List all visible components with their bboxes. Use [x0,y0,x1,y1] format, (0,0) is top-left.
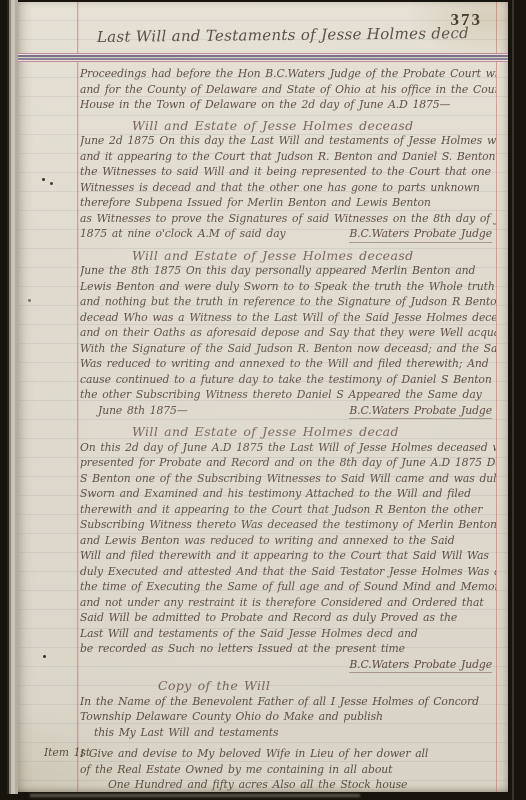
handwritten-line: this My Last Will and testaments [94,725,496,741]
right-margin-rule [496,2,497,792]
handwritten-line: the other Subscribing Witness thereto Da… [80,387,496,403]
paragraph-lines: On this 2d day of June A.D 1875 the Last… [80,440,496,657]
ledger-page: 373 Last Will and Testaments of Jesse Ho… [18,2,508,792]
judge-signature: B.C.Waters Probate Judge [349,403,492,420]
closing-line: B.C.Waters Probate Judge [80,657,496,674]
handwritten-line: and Lewis Benton was reduced to writing … [80,533,496,549]
section-heading: Will and Estate of Jesse Holmes decad [132,424,496,440]
paragraph-lines: Proceedings had before the Hon B.C.Water… [80,66,496,113]
judge-signature: B.C.Waters Probate Judge [349,657,492,674]
section-heading: Will and Estate of Jesse Holmes deceasd [132,118,496,134]
handwritten-line: as Witnesses to prove the Signatures of … [80,211,496,227]
handwritten-line: the Witnesses to said Will and it being … [80,164,496,180]
handwritten-line: Township Delaware County Ohio do Make an… [80,709,496,725]
handwritten-line: and on their Oaths as aforesaid depose a… [80,325,496,341]
section-entry-june-8: Will and Estate of Jesse Holmes deceasd … [80,248,496,420]
handwritten-line: Said Will be admitted to Probate and Rec… [80,610,496,626]
handwritten-line: and it appearing to the Court that Judso… [80,149,496,165]
handwritten-line: cause continued to a future day to take … [80,372,496,388]
section-item-1: Item 1st I Give and devise to My beloved… [80,745,496,792]
handwritten-line: S Benton one of the Subscribing Witnesse… [80,471,496,487]
book-page-edges [7,0,18,794]
handwritten-line: I Give and devise to My beloved Wife in … [80,746,496,762]
handwritten-line: House in the Town of Delaware on the 2d … [80,97,496,113]
page-title: Last Will and Testaments of Jesse Holmes… [88,24,478,46]
handwritten-line: Was reduced to writing and annexed to th… [80,356,496,372]
judge-signature: B.C.Waters Probate Judge [349,226,492,243]
closing-text: 1875 at nine o'clock A.M of said day [80,226,286,242]
handwritten-line: One Hundred and fifty acres Also all the… [108,777,496,792]
handwritten-line: the time of Executing the Same of full a… [80,579,496,595]
section-heading: Will and Estate of Jesse Holmes deceasd [132,248,496,264]
handwritten-line: In the Name of the Benevolent Father of … [80,694,496,710]
handwritten-line: and nothing but the truth in reference t… [80,294,496,310]
closing-line: 1875 at nine o'clock A.M of said day B.C… [80,226,496,243]
handwritten-line: duly Executed and attested And that the … [80,564,496,580]
handwritten-line: On this 2d day of June A.D 1875 the Last… [80,440,496,456]
handwritten-line: June 2d 1875 On this day the Last Will a… [80,133,496,149]
handwritten-content: Proceedings had before the Hon B.C.Water… [80,66,496,792]
handwritten-line: of the Real Estate Owned by me containin… [80,762,496,778]
handwritten-line: Subscribing Witness thereto Was deceased… [80,517,496,533]
closing-line: June 8th 1875— B.C.Waters Probate Judge [80,403,496,420]
section-proceedings: Proceedings had before the Hon B.C.Water… [80,66,496,113]
handwritten-line: therefore Subpena Issued for Merlin Bent… [80,195,496,211]
book-cover-edge [512,0,514,800]
paragraph-lines: June 2d 1875 On this day the Last Will a… [80,133,496,226]
section-heading: Copy of the Will [158,678,496,694]
handwritten-line: With the Signature of the Said Judson R.… [80,341,496,357]
paragraph-lines: June the 8th 1875 On this day personally… [80,263,496,403]
handwritten-line: and not under any restraint it is theref… [80,595,496,611]
handwritten-line: therewith and it appearing to the Court … [80,502,496,518]
section-probate-order: Will and Estate of Jesse Holmes decad On… [80,424,496,673]
handwritten-line: Lewis Benton and were duly Sworn to to S… [80,279,496,295]
handwritten-line: and for the County of Delaware and State… [80,82,496,98]
date-text: June 8th 1875— [98,403,188,419]
paragraph-lines: In the Name of the Benevolent Father of … [80,694,496,741]
handwritten-line: Witnesses is decead and that the other o… [80,180,496,196]
table-edge-highlight [30,794,360,797]
handwritten-line: decead Who was a Witness to the Last Wil… [80,310,496,326]
left-margin-rule [77,2,78,792]
section-copy-of-will: Copy of the Will In the Name of the Bene… [80,678,496,740]
handwritten-line: Sworn and Examined and his testimony Att… [80,486,496,502]
handwritten-line: be recorded as Such no letters Issued at… [80,641,496,657]
binding-holes [42,178,45,181]
handwritten-line: Last Will and testaments of the Said Jes… [80,626,496,642]
header-double-rule [18,52,508,62]
handwritten-line: June the 8th 1875 On this day personally… [80,263,496,279]
scanned-probate-record-page: { "page": { "number": "373", "title": "L… [0,0,526,800]
handwritten-line: Will and filed therewith and it appearin… [80,548,496,564]
handwritten-line: presented for Probate and Record and on … [80,455,496,471]
paragraph-lines: I Give and devise to My beloved Wife in … [80,746,496,792]
handwritten-line: Proceedings had before the Hon B.C.Water… [80,66,496,82]
item-margin-label: Item 1st [44,745,90,761]
section-entry-june-2: Will and Estate of Jesse Holmes deceasd … [80,118,496,243]
